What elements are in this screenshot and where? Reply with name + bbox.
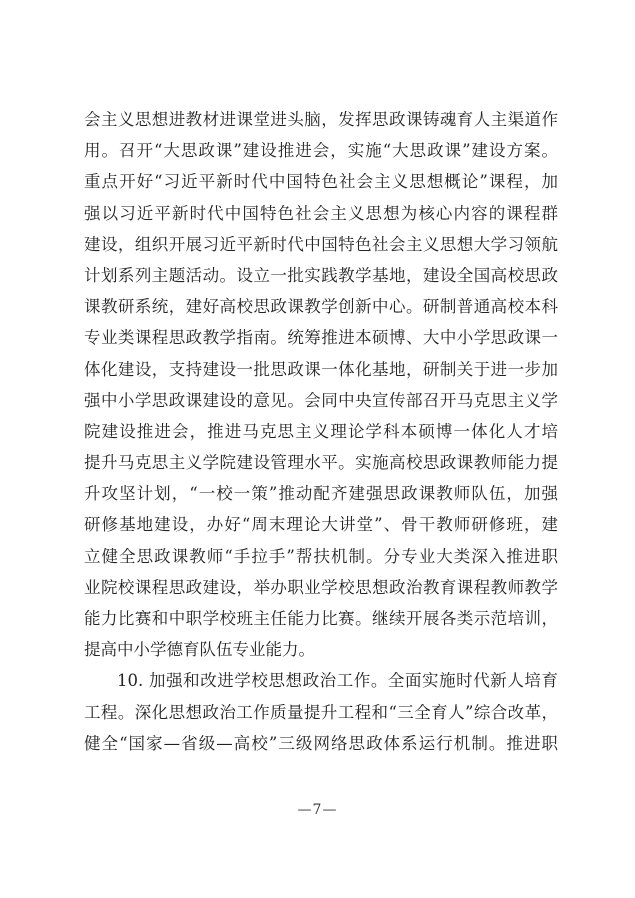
text-line: 工程。深化思想政治工作质量提升工程和“三全育人”综合改革，: [84, 697, 558, 728]
text-line: 提高中小学德育队伍专业能力。: [84, 634, 558, 665]
body-text: 会主义思想进教材进课堂进头脑，发挥思政课铸魂育人主渠道作 用。召开“大思政课”建…: [84, 104, 558, 759]
document-page: 会主义思想进教材进课堂进头脑，发挥思政课铸魂育人主渠道作 用。召开“大思政课”建…: [0, 0, 635, 898]
paragraph-item-10: 10. 加强和改进学校思想政治工作。全面实施时代新人培育 工程。深化思想政治工作…: [84, 665, 558, 759]
paragraph-continued: 会主义思想进教材进课堂进头脑，发挥思政课铸魂育人主渠道作 用。召开“大思政课”建…: [84, 104, 558, 665]
text-line: 重点开好“习近平新时代中国特色社会主义思想概论”课程，加: [84, 166, 558, 197]
text-line: 建设，组织开展习近平新时代中国特色社会主义思想大学习领航: [84, 229, 558, 260]
text-line: 业院校课程思政建设，举办职业学校思想政治教育课程教师教学: [84, 572, 558, 603]
text-line: 升攻坚计划，“一校一策”推动配齐建强思政课教师队伍，加强: [84, 478, 558, 509]
page-number: —7—: [0, 801, 635, 819]
text-line: 提升马克思主义学院建设管理水平。实施高校思政课教师能力提: [84, 447, 558, 478]
text-line: 院建设推进会，推进马克思主义理论学科本硕博一体化人才培养，: [84, 416, 558, 447]
text-line: 强中小学思政课建设的意见。会同中央宣传部召开马克思主义学: [84, 385, 558, 416]
text-line: 健全“国家—省级—高校”三级网络思政体系运行机制。推进职: [84, 728, 558, 759]
text-line: 课教研系统，建好高校思政课教学创新中心。研制普通高校本科: [84, 291, 558, 322]
text-line: 10. 加强和改进学校思想政治工作。全面实施时代新人培育: [84, 665, 558, 696]
text-line: 会主义思想进教材进课堂进头脑，发挥思政课铸魂育人主渠道作: [84, 104, 558, 135]
text-line: 能力比赛和中职学校班主任能力比赛。继续开展各类示范培训，: [84, 603, 558, 634]
text-line: 体化建设，支持建设一批思政课一体化基地，研制关于进一步加: [84, 354, 558, 385]
text-line: 用。召开“大思政课”建设推进会，实施“大思政课”建设方案。: [84, 135, 558, 166]
text-line: 立健全思政课教师“手拉手”帮扶机制。分专业大类深入推进职: [84, 541, 558, 572]
text-line: 专业类课程思政教学指南。统筹推进本硕博、大中小学思政课一: [84, 322, 558, 353]
text-line: 计划系列主题活动。设立一批实践教学基地，建设全国高校思政: [84, 260, 558, 291]
text-line: 研修基地建设，办好“周末理论大讲堂”、骨干教师研修班，建: [84, 509, 558, 540]
text-line: 强以习近平新时代中国特色社会主义思想为核心内容的课程群: [84, 198, 558, 229]
